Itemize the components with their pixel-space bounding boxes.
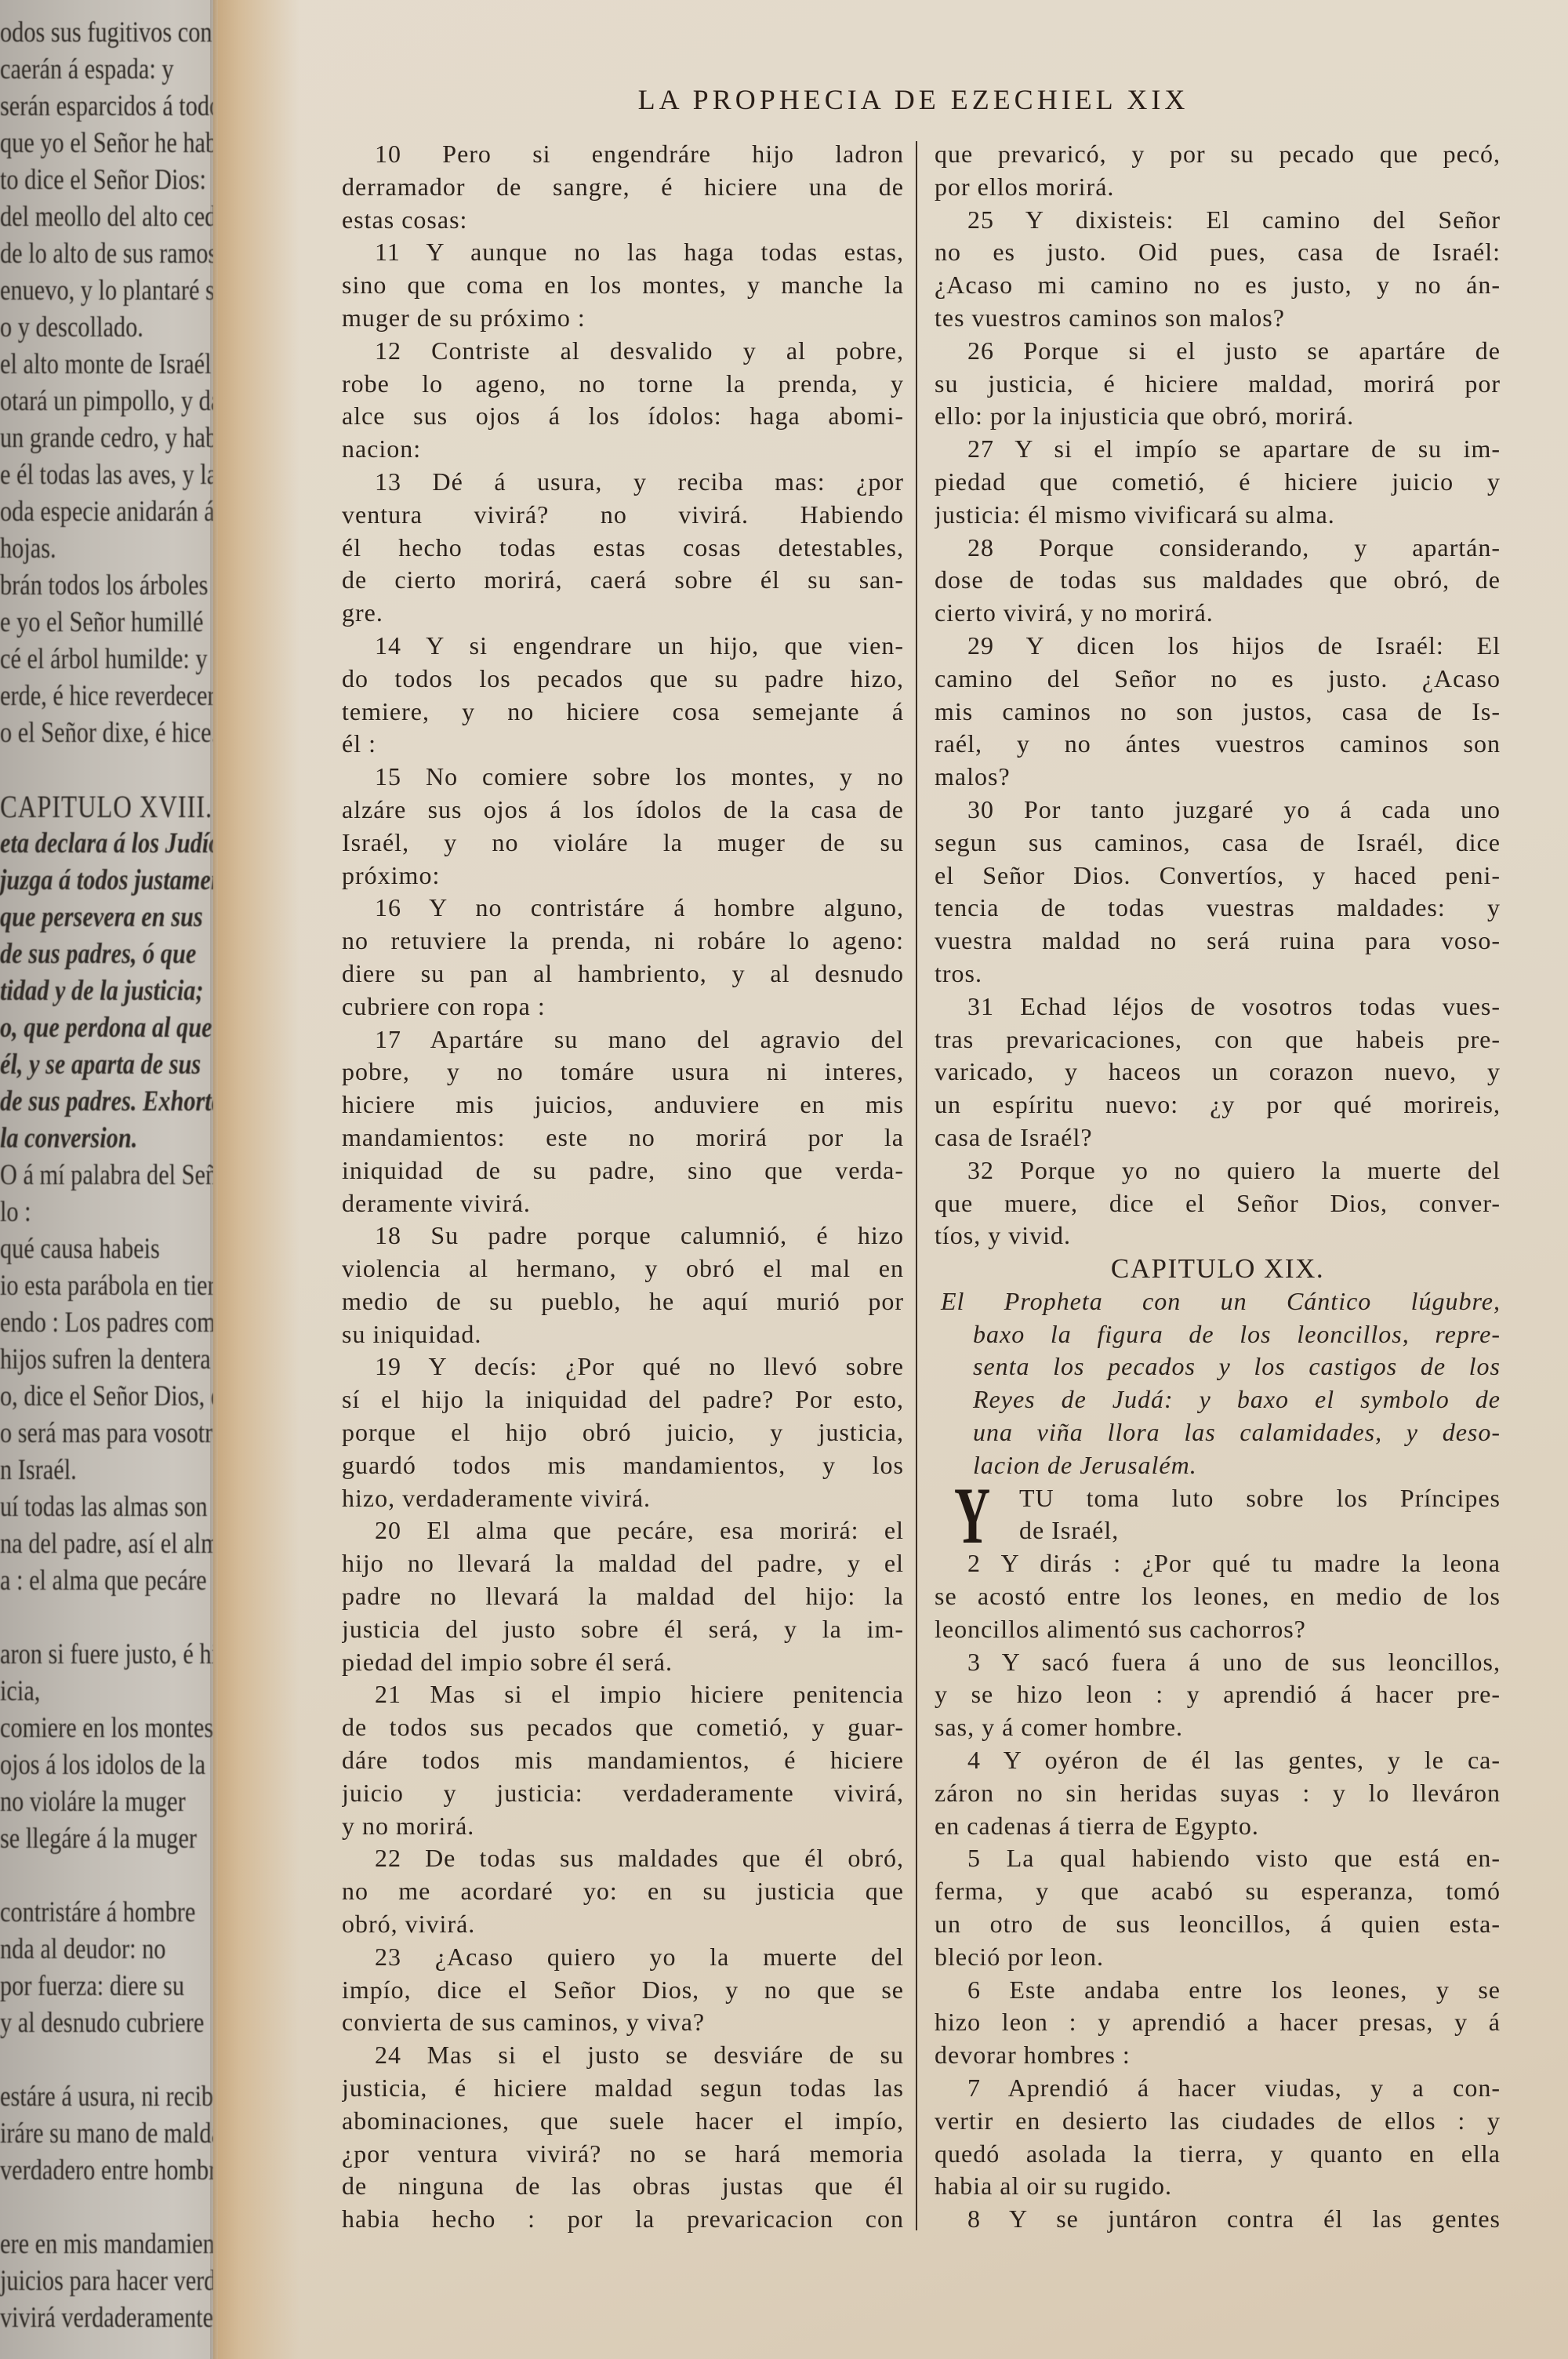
facing-left-page: odos sus fugitivos concaerán á espada: y… <box>0 0 216 2359</box>
line-text: y no morirá. <box>342 1812 474 1840</box>
line-text: 3 Y sacó fuera á uno de sus leoncillos, <box>967 1648 1501 1676</box>
text-line: que prevaricó, y por su pecado que pecó, <box>935 138 1501 171</box>
blank-line <box>0 1599 216 1636</box>
line-text: 28 Porque considerando, y apartán- <box>967 533 1501 562</box>
text-line: próximo: <box>342 860 904 892</box>
line-text: 18 Su padre porque calumnió, é hizo <box>375 1221 904 1249</box>
text-line: 21 Mas si el impio hiciere penitencia <box>342 1678 904 1711</box>
line-text: mandamientos: este no morirá por la <box>342 1123 904 1151</box>
text-line: tros. <box>935 958 1501 990</box>
line-text: de cierto morirá, caerá sobre él su san- <box>342 565 904 594</box>
text-line: 26 Porque si el justo se apartáre de <box>935 335 1501 368</box>
text-line: casa de Israél? <box>935 1121 1501 1154</box>
line-text: záron no sin heridas suyas : y lo llevár… <box>935 1779 1501 1807</box>
line-text: la conversion. <box>0 1122 137 1154</box>
line-text: serán esparcidos á todo <box>0 90 216 122</box>
line-text: hojas. <box>0 533 56 565</box>
text-line: ¿por ventura vivirá? no se hará memoria <box>342 2138 904 2171</box>
text-line: cierto vivirá, y no morirá. <box>935 597 1501 630</box>
line-text: na del padre, así el alma <box>0 1528 216 1560</box>
line-text: a : el alma que pecáre <box>0 1565 207 1597</box>
line-text: enuevo, y lo plantaré so <box>0 274 216 307</box>
text-line: oda especie anidarán á la <box>0 493 216 530</box>
line-text: o, que perdona al que <box>0 1012 212 1044</box>
text-line: habia al oir su rugido. <box>935 2170 1501 2203</box>
text-line: un grande cedro, y habi <box>0 420 216 456</box>
line-text: o el Señor dixe, é hice. <box>0 717 216 749</box>
text-line: a : el alma que pecáre <box>0 1562 216 1599</box>
text-line: tras prevaricaciones, con que habeis pre… <box>935 1023 1501 1056</box>
line-text: 29 Y dicen los hijos de Israél: El <box>967 631 1501 660</box>
line-text: verdadero entre hombre <box>0 2154 216 2186</box>
text-line: 15 No comiere sobre los montes, y no <box>342 761 904 794</box>
text-line: leoncillos alimentó sus cachorros? <box>935 1613 1501 1646</box>
text-line: dose de todas sus maldades que obró, de <box>935 564 1501 597</box>
line-text: 12 Contriste al desvalido y al pobre, <box>375 336 904 365</box>
text-line: por fuerza: diere su <box>0 1968 216 2005</box>
text-line: de cierto morirá, caerá sobre él su san- <box>342 564 904 597</box>
text-line: hizo leon : y aprendió a hacer presas, y… <box>935 2006 1501 2039</box>
text-line: 32 Porque yo no quiero la muerte del <box>935 1154 1501 1187</box>
line-text: 20 El alma que pecáre, esa morirá: el <box>375 1516 904 1544</box>
line-text: abominaciones, que suele hacer el impío, <box>342 2106 904 2135</box>
text-line: aron si fuere justo, é hi <box>0 1636 216 1673</box>
line-text: diere su pan al hambriento, y al desnudo <box>342 959 904 987</box>
text-line: 6 Este andaba entre los leones, y se <box>935 1974 1501 2007</box>
line-text: alce sus ojos á los ídolos: haga abomi- <box>342 402 904 430</box>
line-text: no violáre la muger <box>0 1786 186 1818</box>
text-line: tes vuestros caminos son malos? <box>935 302 1501 335</box>
text-line: no violáre la muger <box>0 1783 216 1820</box>
line-text: endo : Los padres comiéron <box>0 1307 216 1339</box>
line-text: mis caminos no son justos, casa de Is- <box>935 697 1501 725</box>
line-text: justicia del justo sobre él será, y la i… <box>342 1615 904 1643</box>
text-line: tíos, y vivid. <box>935 1219 1501 1252</box>
text-line: justicia del justo sobre él será, y la i… <box>342 1613 904 1646</box>
line-text: ¿Acaso mi camino no es justo, y no án- <box>935 271 1501 299</box>
line-text: 2 Y dirás : ¿Por qué tu madre la leona <box>967 1549 1501 1577</box>
line-text: 23 ¿Acaso quiero yo la muerte del <box>375 1943 904 1971</box>
text-line: en cadenas á tierra de Egypto. <box>935 1810 1501 1843</box>
text-line: hojas. <box>0 530 216 567</box>
text-line: pobre, y no tomáre usura ni interes, <box>342 1056 904 1089</box>
text-line: 27 Y si el impío se apartare de su im- <box>935 433 1501 466</box>
line-text: CAPITULO XVIII. <box>0 789 212 824</box>
line-text: convierta de sus caminos, y viva? <box>342 2008 705 2036</box>
line-text: 31 Echad léjos de vosotros todas vues- <box>967 992 1501 1020</box>
text-line: 24 Mas si el justo se desviáre de su <box>342 2039 904 2072</box>
chapter-heading: CAPITULO XIX. <box>935 1252 1501 1285</box>
text-line: hijo no llevará la maldad del padre, y e… <box>342 1547 904 1580</box>
line-text: n Israél. <box>0 1454 77 1486</box>
facing-page-edge <box>210 0 218 2359</box>
line-text: sas, y á comer hombre. <box>935 1713 1183 1741</box>
line-text: cierto vivirá, y no morirá. <box>935 598 1214 627</box>
line-text: próximo: <box>342 861 440 889</box>
text-line: no retuviere la prenda, ni robáre lo age… <box>342 925 904 958</box>
line-text: alzáre sus ojos á los ídolos de la casa … <box>342 795 904 823</box>
line-text: ello: por la injusticia que obró, morirá… <box>935 402 1354 430</box>
line-text: comiere en los montes <box>0 1712 213 1744</box>
text-line: diere su pan al hambriento, y al desnudo <box>342 958 904 990</box>
line-text: temiere, y no hiciere cosa semejante á <box>342 697 904 725</box>
text-line: muger de su próximo : <box>342 302 904 335</box>
text-line: malos? <box>935 761 1501 794</box>
line-text: que yo el Señor he hablado <box>0 127 216 159</box>
text-line: por ellos morirá. <box>935 171 1501 204</box>
text-line: la conversion. <box>0 1120 216 1157</box>
text-line: 22 De todas sus maldades que él obró, <box>342 1842 904 1875</box>
line-text: de lo alto de sus ramos <box>0 238 216 270</box>
line-text: uí todas las almas son <box>0 1491 208 1523</box>
text-line: mandamientos: este no morirá por la <box>342 1121 904 1154</box>
text-line: del meollo del alto cedro <box>0 198 216 235</box>
text-line: baxo la figura de los leoncillos, repre- <box>935 1318 1501 1351</box>
line-text: vivirá verdaderamente <box>0 2302 213 2334</box>
line-text: juicios para hacer verdad <box>0 2265 216 2297</box>
text-line: Reyes de Judá: y baxo el symbolo de <box>935 1383 1501 1416</box>
text-line: no me acordaré yo: en su justicia que <box>342 1875 904 1908</box>
text-line: mis caminos no son justos, casa de Is- <box>935 696 1501 729</box>
text-line: de ninguna de las obras justas que él <box>342 2170 904 2203</box>
line-text: hijo no llevará la maldad del padre, y e… <box>342 1549 904 1577</box>
text-line: él : <box>342 728 904 761</box>
text-line: odos sus fugitivos con <box>0 14 216 51</box>
line-text: cubriere con ropa : <box>342 992 546 1020</box>
text-line: tidad y de la justicia; <box>0 972 216 1009</box>
line-text: y al desnudo cubriere <box>0 2007 204 2039</box>
line-text: segun sus caminos, casa de Israél, dice <box>935 828 1501 856</box>
text-line: 29 Y dicen los hijos de Israél: El <box>935 630 1501 663</box>
line-text: de sus padres. Exhorta <box>0 1085 216 1118</box>
text-line: medio de su pueblo, he aquí murió por <box>342 1285 904 1318</box>
text-line: temiere, y no hiciere cosa semejante á <box>342 696 904 729</box>
text-line: sí el hijo la iniquidad del padre? Por e… <box>342 1383 904 1416</box>
line-text: en cadenas á tierra de Egypto. <box>935 1812 1259 1840</box>
blank-line <box>0 1857 216 1894</box>
line-text: 13 Dé á usura, y reciba mas: ¿por <box>375 467 904 496</box>
text-line: otará un pimpollo, y dará <box>0 383 216 420</box>
text-line: o y descollado. <box>0 309 216 346</box>
line-text: de Israél, <box>1019 1516 1119 1544</box>
line-text: impío, dice el Señor Dios, y no que se <box>342 1976 904 2004</box>
line-text: del meollo del alto cedro <box>0 201 216 233</box>
line-text: caerán á espada: y <box>0 53 174 85</box>
text-line: de Israél, <box>935 1514 1501 1547</box>
text-line: impío, dice el Señor Dios, y no que se <box>342 1974 904 2007</box>
text-line: vivirá verdaderamente <box>0 2299 216 2336</box>
text-line: 19 Y decís: ¿Por qué no llevó sobre <box>342 1350 904 1383</box>
text-line: tencia de todas vuestras maldades: y <box>935 892 1501 925</box>
text-line: porque el hijo obró juicio, y justicia, <box>342 1416 904 1449</box>
line-text: aron si fuere justo, é hi <box>0 1638 216 1670</box>
text-line: o, que perdona al que <box>0 1009 216 1046</box>
line-text: por fuerza: diere su <box>0 1970 184 2002</box>
line-text: robe lo ageno, no torne la prenda, y <box>342 369 904 398</box>
line-text: habia al oir su rugido. <box>935 2172 1172 2200</box>
text-line: 7 Aprendió á hacer viudas, y a con- <box>935 2072 1501 2105</box>
blank-line <box>0 2189 216 2226</box>
line-text: 10 Pero si engendráre hijo ladron <box>375 140 904 168</box>
text-line: contristáre á hombre <box>0 1894 216 1931</box>
line-text: 25 Y dixisteis: El camino del Señor <box>967 205 1501 234</box>
line-text: iráre su mano de maldad <box>0 2117 216 2150</box>
line-text: o y descollado. <box>0 311 143 343</box>
line-text: iniquidad de su padre, sino que verda- <box>342 1156 904 1184</box>
line-text: o, dice el Señor Dios, que <box>0 1380 216 1412</box>
line-text: leoncillos alimentó sus cachorros? <box>935 1615 1306 1643</box>
line-text: tros. <box>935 959 982 987</box>
line-text: piedad que cometió, é hiciere juicio y <box>935 467 1501 496</box>
text-line: sino que coma en los montes, y manche la <box>342 269 904 302</box>
line-text: oda especie anidarán á la <box>0 496 216 528</box>
text-line: 11 Y aunque no las haga todas estas, <box>342 236 904 269</box>
line-text: 11 Y aunque no las haga todas estas, <box>375 238 904 266</box>
text-line: 4 Y oyéron de él las gentes, y le ca- <box>935 1744 1501 1777</box>
text-line: y se hizo leon : y aprendió á hacer pre- <box>935 1678 1501 1711</box>
line-text: senta los pecados y los castigos de los <box>973 1352 1501 1380</box>
text-line: ello: por la injusticia que obró, morirá… <box>935 400 1501 433</box>
line-text: habia hecho : por la prevaricacion con <box>342 2205 904 2233</box>
line-text: 17 Apartáre su mano del agravio del <box>375 1025 904 1053</box>
line-text: justicia: él mismo vivificará su alma. <box>935 500 1335 529</box>
running-head: LA PROPHECIA DE EZECHIEL XIX <box>549 82 1278 117</box>
line-text: guardó todos mis mandamientos, y los <box>342 1451 904 1479</box>
line-text: 16 Y no contristáre á hombre alguno, <box>375 893 904 921</box>
line-text: porque el hijo obró juicio, y justicia, <box>342 1418 904 1446</box>
line-text: nda al deudor: no <box>0 1933 165 1965</box>
text-line: que muere, dice el Señor Dios, conver- <box>935 1187 1501 1220</box>
text-column-left: 10 Pero si engendráre hijo ladronderrama… <box>342 138 904 2236</box>
line-text: muger de su próximo : <box>342 304 586 332</box>
line-text: dáre todos mis mandamientos, é hiciere <box>342 1746 904 1774</box>
line-text: ferma, y que acabó su esperanza, tomó <box>935 1877 1501 1905</box>
line-text: su justicia, é hiciere maldad, morirá po… <box>935 369 1501 398</box>
text-line: hijos sufren la dentera <box>0 1341 216 1378</box>
line-text: sí el hijo la iniquidad del padre? Por e… <box>342 1385 904 1413</box>
line-text: 22 De todas sus maldades que él obró, <box>375 1844 904 1872</box>
line-text: que persevera en sus <box>0 901 203 933</box>
text-line: juzga á todos justamente <box>0 862 216 899</box>
text-line: de lo alto de sus ramos <box>0 235 216 272</box>
text-line: enuevo, y lo plantaré so <box>0 272 216 309</box>
text-line: su justicia, é hiciere maldad, morirá po… <box>935 368 1501 401</box>
line-text: hiciere mis juicios, anduviere en mis <box>342 1090 904 1118</box>
line-text: dose de todas sus maldades que obró, de <box>935 565 1501 594</box>
line-text: de todos sus pecados que cometió, y guar… <box>342 1713 904 1741</box>
text-line: 28 Porque considerando, y apartán- <box>935 532 1501 565</box>
text-line: 5 La qual habiendo visto que está en- <box>935 1842 1501 1875</box>
text-line: záron no sin heridas suyas : y lo llevár… <box>935 1777 1501 1810</box>
text-line: caerán á espada: y <box>0 51 216 88</box>
text-line: violencia al hermano, y obró el mal en <box>342 1252 904 1285</box>
text-line: y no morirá. <box>342 1810 904 1843</box>
text-line: erde, é hice reverdecer <box>0 678 216 714</box>
text-line: segun sus caminos, casa de Israél, dice <box>935 827 1501 860</box>
line-text: lo : <box>0 1196 31 1228</box>
text-line: lo : <box>0 1194 216 1230</box>
line-text: juzga á todos justamente <box>0 864 216 896</box>
text-line: padre no llevará la maldad del hijo: la <box>342 1580 904 1613</box>
text-line: Israél, y no violáre la muger de su <box>342 827 904 860</box>
line-text: y se hizo leon : y aprendió á hacer pre- <box>935 1680 1501 1708</box>
line-text: no es justo. Oid pues, casa de Israél: <box>935 238 1501 266</box>
text-line: O á mí palabra del Señor <box>0 1157 216 1194</box>
line-text: qué causa habeis <box>0 1233 160 1265</box>
text-line: 13 Dé á usura, y reciba mas: ¿por <box>342 466 904 499</box>
text-line: 25 Y dixisteis: El camino del Señor <box>935 204 1501 237</box>
line-text: 4 Y oyéron de él las gentes, y le ca- <box>967 1746 1501 1774</box>
line-text: quedó asolada la tierra, y quanto en ell… <box>935 2139 1501 2168</box>
text-line: sas, y á comer hombre. <box>935 1711 1501 1744</box>
line-text: justicia, é hiciere maldad segun todas l… <box>342 2074 904 2102</box>
line-text: O á mí palabra del Señor <box>0 1159 216 1191</box>
text-line: 3 Y sacó fuera á uno de sus leoncillos, <box>935 1646 1501 1679</box>
facing-page-text: odos sus fugitivos concaerán á espada: y… <box>0 14 216 2336</box>
text-line: el alto monte de Israél <box>0 346 216 383</box>
line-text: e él todas las aves, y las <box>0 459 216 491</box>
line-text: 27 Y si el impío se apartare de su im- <box>967 434 1501 463</box>
line-text: hizo leon : y aprendió a hacer presas, y… <box>935 2008 1501 2036</box>
text-line: vuestra maldad no será ruina para voso- <box>935 925 1501 958</box>
text-line: justicia, é hiciere maldad segun todas l… <box>342 2072 904 2105</box>
text-line: derramador de sangre, é hiciere una de <box>342 171 904 204</box>
text-line: 14 Y si engendrare un hijo, que vien- <box>342 630 904 663</box>
text-line: gre. <box>342 597 904 630</box>
text-line: vertir en desierto las ciudades de ellos… <box>935 2105 1501 2138</box>
text-line: estáre á usura, ni recibiere <box>0 2078 216 2115</box>
line-text: que prevaricó, y por su pecado que pecó, <box>935 140 1501 168</box>
text-column-right: que prevaricó, y por su pecado que pecó,… <box>935 138 1501 2236</box>
text-line: endo : Los padres comiéron <box>0 1304 216 1341</box>
line-text: casa de Israél? <box>935 1123 1093 1151</box>
line-text: padre no llevará la maldad del hijo: la <box>342 1582 904 1610</box>
line-text: un otro de sus leoncillos, á quien esta- <box>935 1910 1501 1938</box>
line-text: no me acordaré yo: en su justicia que <box>342 1877 904 1905</box>
line-text: deramente vivirá. <box>342 1189 531 1217</box>
text-line: senta los pecados y los castigos de los <box>935 1350 1501 1383</box>
line-text: El Propheta con un Cántico lúgubre, <box>941 1287 1501 1315</box>
text-line: robe lo ageno, no torne la prenda, y <box>342 368 904 401</box>
text-line: nacion: <box>342 433 904 466</box>
line-text: bleció por leon. <box>935 1943 1104 1971</box>
text-line: nda al deudor: no <box>0 1931 216 1968</box>
line-text: 6 Este andaba entre los leones, y se <box>967 1976 1501 2004</box>
line-text: 15 No comiere sobre los montes, y no <box>375 762 904 791</box>
line-text: Israél, y no violáre la muger de su <box>342 828 904 856</box>
line-text: 14 Y si engendrare un hijo, que vien- <box>375 631 904 660</box>
text-line: 2 Y dirás : ¿Por qué tu madre la leona <box>935 1547 1501 1580</box>
line-text: tes vuestros caminos son malos? <box>935 304 1285 332</box>
text-line: 8 Y se juntáron contra él las gentes <box>935 2203 1501 2236</box>
text-line: dáre todos mis mandamientos, é hiciere <box>342 1744 904 1777</box>
text-line: camino del Señor no es justo. ¿Acaso <box>935 663 1501 696</box>
line-text: CAPITULO XIX. <box>1111 1253 1324 1284</box>
line-text: vuestra maldad no será ruina para voso- <box>935 926 1501 954</box>
text-line: ferma, y que acabó su esperanza, tomó <box>935 1875 1501 1908</box>
line-text: 26 Porque si el justo se apartáre de <box>967 336 1501 365</box>
line-text: que muere, dice el Señor Dios, conver- <box>935 1189 1501 1217</box>
line-text: otará un pimpollo, y dará <box>0 385 216 417</box>
line-text: él : <box>342 729 376 758</box>
text-line: ¿Acaso mi camino no es justo, y no án- <box>935 269 1501 302</box>
line-text: medio de su pueblo, he aquí murió por <box>342 1287 904 1315</box>
line-text: 19 Y decís: ¿Por qué no llevó sobre <box>375 1352 904 1380</box>
text-line: lacion de Jerusalém. <box>935 1449 1501 1482</box>
text-line: cubriere con ropa : <box>342 990 904 1023</box>
line-text: él, y se aparta de sus <box>0 1049 201 1081</box>
text-line: deramente vivirá. <box>342 1187 904 1220</box>
text-line: comiere en los montes <box>0 1710 216 1747</box>
text-line: justicia: él mismo vivificará su alma. <box>935 499 1501 532</box>
text-line: que yo el Señor he hablado <box>0 125 216 162</box>
line-text: brán todos los árboles <box>0 569 208 602</box>
line-text: icia, <box>0 1675 40 1707</box>
line-text: de sus padres, ó que <box>0 938 196 970</box>
text-line: e él todas las aves, y las <box>0 456 216 493</box>
line-text: derramador de sangre, é hiciere una de <box>342 173 904 201</box>
text-line: ere en mis mandamientos <box>0 2226 216 2263</box>
line-text: el Señor Dios. Convertíos, y haced peni- <box>935 861 1501 889</box>
line-text: devorar hombres : <box>935 2041 1131 2069</box>
line-text: violencia al hermano, y obró el mal en <box>342 1254 904 1282</box>
text-line: se llegáre á la muger <box>0 1820 216 1857</box>
line-text: piedad del impio sobre él será. <box>342 1648 673 1676</box>
line-text: varicado, y haceos un corazon nuevo, y <box>935 1057 1501 1085</box>
text-line: alce sus ojos á los ídolos: haga abomi- <box>342 400 904 433</box>
column-divider <box>916 141 917 2230</box>
line-text: de ninguna de las obras justas que él <box>342 2172 904 2200</box>
chapter-heading: CAPITULO XVIII. <box>0 788 216 825</box>
text-line: un otro de sus leoncillos, á quien esta- <box>935 1908 1501 1941</box>
text-line: de todos sus pecados que cometió, y guar… <box>342 1711 904 1744</box>
line-text: tencia de todas vuestras maldades: y <box>935 893 1501 921</box>
line-text: to dice el Señor Dios: <box>0 164 206 196</box>
blank-line <box>0 2041 216 2078</box>
text-line: estas cosas: <box>342 204 904 237</box>
line-text: se acostó entre los leones, en medio de … <box>935 1582 1501 1610</box>
line-text: tíos, y vivid. <box>935 1221 1071 1249</box>
text-line: 31 Echad léjos de vosotros todas vues- <box>935 990 1501 1023</box>
text-line: io esta parábola en tierra <box>0 1267 216 1304</box>
text-line: 23 ¿Acaso quiero yo la muerte del <box>342 1941 904 1974</box>
text-line: eta declara á los Judíos <box>0 825 216 862</box>
text-line: devorar hombres : <box>935 2039 1501 2072</box>
text-line: varicado, y haceos un corazon nuevo, y <box>935 1056 1501 1089</box>
text-line: 20 El alma que pecáre, esa morirá: el <box>342 1514 904 1547</box>
text-line: 17 Apartáre su mano del agravio del <box>342 1023 904 1056</box>
text-line: qué causa habeis <box>0 1230 216 1267</box>
text-line: 18 Su padre porque calumnió, é hizo <box>342 1219 904 1252</box>
text-line: guardó todos mis mandamientos, y los <box>342 1449 904 1482</box>
text-line: 10 Pero si engendráre hijo ladron <box>342 138 904 171</box>
line-text: cé el árbol humilde: y <box>0 643 208 675</box>
text-line: iniquidad de su padre, sino que verda- <box>342 1154 904 1187</box>
line-text: estas cosas: <box>342 205 467 234</box>
line-text: ¿por ventura vivirá? no se hará memoria <box>342 2139 904 2168</box>
line-text: contristáre á hombre <box>0 1896 195 1928</box>
text-line: n Israél. <box>0 1452 216 1488</box>
line-text: un espíritu nuevo: ¿y por qué morireis, <box>935 1090 1501 1118</box>
text-line: quedó asolada la tierra, y quanto en ell… <box>935 2138 1501 2171</box>
text-line: él hecho todas estas cosas detestables, <box>342 532 904 565</box>
text-line: e yo el Señor humillé <box>0 604 216 641</box>
text-line: verdadero entre hombre <box>0 2152 216 2189</box>
line-text: erde, é hice reverdecer <box>0 680 216 712</box>
line-text: pobre, y no tomáre usura ni interes, <box>342 1057 904 1085</box>
text-line: raél, y no ántes vuestros caminos son <box>935 728 1501 761</box>
line-text: baxo la figura de los leoncillos, repre- <box>973 1320 1501 1348</box>
